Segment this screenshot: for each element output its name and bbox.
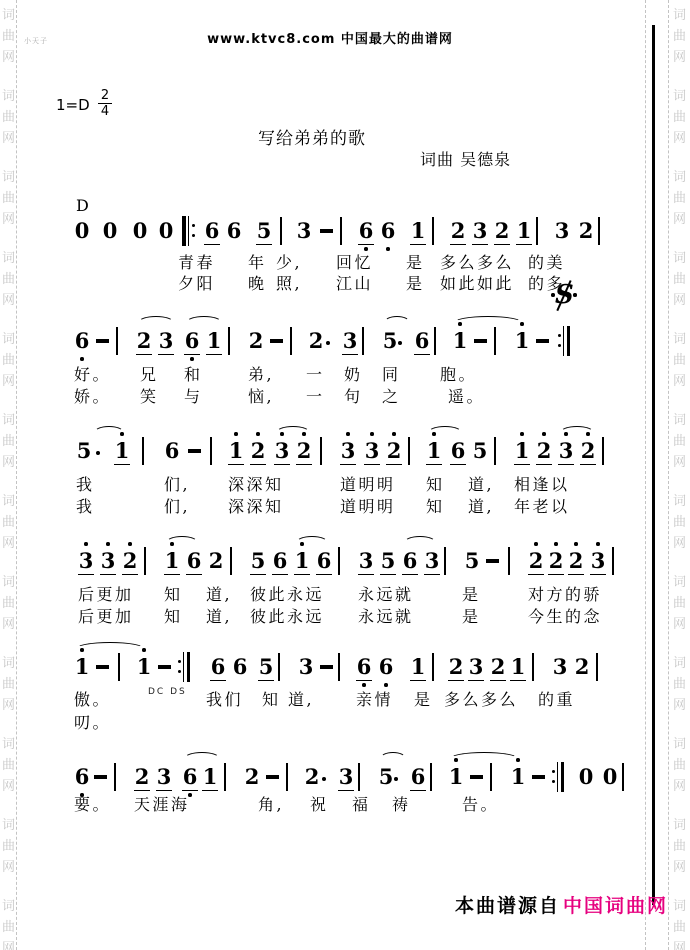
lyric-text: 后更加 xyxy=(78,582,134,605)
lyric-text: 青春 xyxy=(178,250,215,273)
barline xyxy=(338,547,340,575)
barline xyxy=(114,763,116,791)
repeat-end-dot xyxy=(552,780,555,783)
barline xyxy=(434,327,436,355)
lyric-text: 是 xyxy=(406,271,425,294)
duration-dash xyxy=(470,775,483,779)
key-signature: 1=D xyxy=(56,96,90,114)
note-digit: 2 xyxy=(304,764,320,789)
barline xyxy=(230,547,232,575)
octave-dot-above xyxy=(256,432,260,436)
lyric-text: 彼此永远 xyxy=(250,604,324,627)
note-digit: 6 xyxy=(164,438,180,463)
lyric-text: 告。 xyxy=(462,792,499,815)
lyric-text: 相逢以 xyxy=(514,472,570,495)
lyric-text: 年老以 xyxy=(514,494,570,517)
note-digit: 3 xyxy=(298,654,314,679)
side-watermark-char: 曲 xyxy=(1,430,16,449)
augmentation-dot xyxy=(326,341,330,345)
note-digit: 2 xyxy=(568,548,584,575)
repeat-end-thin xyxy=(183,652,184,682)
side-watermark-char: 曲 xyxy=(672,673,687,692)
note-digit: 1 xyxy=(410,218,426,245)
time-signature-denominator: 4 xyxy=(98,104,112,119)
octave-dot-above xyxy=(346,432,350,436)
note-digit: 1 xyxy=(452,328,468,353)
side-watermark-char: 词 xyxy=(672,247,687,266)
octave-dot-above xyxy=(106,542,110,546)
rest-note: 0 xyxy=(578,764,594,789)
lyric-text: 奶 xyxy=(344,362,363,385)
side-watermark-char: 词 xyxy=(672,166,687,185)
side-watermark-char: 词 xyxy=(1,895,16,914)
lyric-text: 是 xyxy=(462,604,481,627)
lyric-text: 笑 xyxy=(140,384,159,407)
slur-arc xyxy=(296,536,328,549)
barline xyxy=(494,437,496,465)
octave-dot-above xyxy=(84,542,88,546)
right-inner-dashed-border xyxy=(645,0,646,950)
note-digit: 6 xyxy=(232,654,248,679)
note-digit: 1 xyxy=(294,548,310,575)
right-dashed-border xyxy=(668,0,669,950)
barline xyxy=(494,327,496,355)
note-digit: 3 xyxy=(364,438,380,465)
rest-note: 0 xyxy=(102,218,118,243)
side-watermark-char: 词 xyxy=(1,166,16,185)
repeat-end-thick xyxy=(187,652,191,682)
barline xyxy=(358,763,360,791)
slur-arc xyxy=(166,536,198,549)
repeat-begin-thin xyxy=(188,216,189,246)
note-digit: 2 xyxy=(548,548,564,575)
lyric-text: 句 xyxy=(344,384,363,407)
lyric-text: 娇。 xyxy=(74,384,111,407)
octave-dot-below xyxy=(190,357,194,361)
lyric-text: 后更加 xyxy=(78,604,134,627)
note-digit: 5 xyxy=(464,548,480,573)
note-digit: 2 xyxy=(528,548,544,575)
augmentation-dot xyxy=(322,777,326,781)
lyric-text: 弟, xyxy=(248,362,274,385)
side-watermark-char: 词 xyxy=(672,895,687,914)
lyric-text: 道, xyxy=(468,494,494,517)
left-dashed-border xyxy=(16,0,17,950)
note-digit: 3 xyxy=(554,218,570,243)
note-digit: 2 xyxy=(244,764,260,789)
note-digit: 6 xyxy=(356,654,372,681)
slur-arc xyxy=(404,536,436,549)
duration-dash xyxy=(158,665,171,669)
note-digit: 1 xyxy=(514,438,530,465)
note-digit: 5 xyxy=(76,438,92,463)
side-watermark-char: 词 xyxy=(672,733,687,752)
side-watermark-char: 曲 xyxy=(672,268,687,287)
note-digit: 6 xyxy=(204,218,220,245)
barline xyxy=(432,653,434,681)
barline xyxy=(280,217,282,245)
barline xyxy=(224,763,226,791)
repeat-end-dot xyxy=(552,770,555,773)
barline xyxy=(142,437,144,465)
barline xyxy=(278,653,280,681)
slur-arc xyxy=(450,752,518,765)
duration-dash xyxy=(270,339,283,343)
side-watermark-char: 词 xyxy=(672,571,687,590)
side-watermark-char: 网 xyxy=(1,856,16,875)
lyric-text: 道, xyxy=(288,687,314,710)
note-digit: 5 xyxy=(258,654,274,681)
note-digit: 5 xyxy=(256,218,272,245)
side-watermark-char: 词 xyxy=(672,85,687,104)
side-watermark-char: 网 xyxy=(672,532,687,551)
note-digit: 6 xyxy=(74,328,90,353)
rest-note: 0 xyxy=(158,218,174,243)
octave-dot-above xyxy=(542,432,546,436)
lyric-text: 的重 xyxy=(538,687,575,710)
side-watermark-char: 曲 xyxy=(672,25,687,44)
note-digit: 2 xyxy=(136,328,152,355)
note-digit: 1 xyxy=(514,328,530,353)
slur-arc xyxy=(454,316,522,329)
note-digit: 3 xyxy=(156,764,172,791)
note-digit: 3 xyxy=(274,438,290,465)
side-watermark-char: 曲 xyxy=(1,592,16,611)
repeat-end-dot xyxy=(558,334,561,337)
side-watermark-char: 网 xyxy=(1,694,16,713)
time-signature-numerator: 2 xyxy=(98,88,112,104)
note-digit: 3 xyxy=(472,218,488,245)
side-watermark-char: 曲 xyxy=(672,187,687,206)
side-watermark-char: 曲 xyxy=(1,754,16,773)
side-watermark-char: 词 xyxy=(672,409,687,428)
note-digit: 2 xyxy=(208,548,224,573)
repeat-end-dot xyxy=(178,660,181,663)
note-digit: 1 xyxy=(426,438,442,465)
note-digit: 1 xyxy=(228,438,244,465)
side-watermark-char: 曲 xyxy=(1,268,16,287)
side-watermark-char: 曲 xyxy=(672,349,687,368)
side-watermark-char: 网 xyxy=(672,775,687,794)
side-watermark-char: 网 xyxy=(672,289,687,308)
slur-arc xyxy=(94,426,124,439)
rest-note: 0 xyxy=(132,218,148,243)
side-watermark-char: 曲 xyxy=(1,187,16,206)
note-digit: 2 xyxy=(134,764,150,791)
side-watermark-char: 词 xyxy=(672,4,687,23)
note-digit: 1 xyxy=(136,654,152,679)
barline xyxy=(490,763,492,791)
note-digit: 3 xyxy=(78,548,94,575)
barline xyxy=(320,437,322,465)
lyric-text: 遥。 xyxy=(448,384,485,407)
duration-dash xyxy=(536,339,549,343)
note-digit: 6 xyxy=(358,218,374,245)
barline xyxy=(118,653,120,681)
lyric-text: 对方的骄 xyxy=(528,582,602,605)
octave-dot-above xyxy=(534,542,538,546)
slur-arc xyxy=(560,426,594,439)
right-solid-rule xyxy=(652,25,655,905)
side-watermark-char: 曲 xyxy=(1,835,16,854)
side-watermark-char: 词 xyxy=(1,328,16,347)
side-watermark-char: 曲 xyxy=(672,106,687,125)
side-watermark-char: 曲 xyxy=(1,106,16,125)
lyric-text: 我 xyxy=(76,472,95,495)
octave-dot-above xyxy=(234,432,238,436)
side-watermark-char: 曲 xyxy=(1,349,16,368)
lyric-text: 和 xyxy=(184,362,203,385)
barline xyxy=(144,547,146,575)
note-digit: 3 xyxy=(340,438,356,465)
lyric-text: 是 xyxy=(406,250,425,273)
lyric-text: 道明明 xyxy=(340,472,396,495)
note-digit: 6 xyxy=(74,764,90,789)
side-watermark-char: 词 xyxy=(672,328,687,347)
side-watermark-char: 词 xyxy=(1,814,16,833)
note-digit: 5 xyxy=(250,548,266,575)
composer-credit: 词曲 吴德泉 xyxy=(420,147,511,170)
duration-dash xyxy=(532,775,545,779)
lyric-text: 祷 xyxy=(392,792,411,815)
repeat-begin-dot xyxy=(192,234,195,237)
repeat-begin-dot xyxy=(192,224,195,227)
duration-dash xyxy=(474,339,487,343)
lyric-text: 好。 xyxy=(74,362,111,385)
note-digit: 6 xyxy=(410,764,426,791)
side-watermark-char: 网 xyxy=(1,613,16,632)
side-watermark-char: 网 xyxy=(672,856,687,875)
side-watermark-char: 网 xyxy=(1,127,16,146)
duration-dash xyxy=(94,775,107,779)
side-watermark-char: 网 xyxy=(672,127,687,146)
note-digit: 1 xyxy=(510,654,526,681)
lyric-text: 我们 xyxy=(206,687,243,710)
note-digit: 6 xyxy=(450,438,466,465)
note-digit: 2 xyxy=(580,438,596,465)
note-digit: 5 xyxy=(378,764,394,789)
side-watermark-char: 网 xyxy=(1,370,16,389)
side-watermark-char: 词 xyxy=(1,247,16,266)
augmentation-dot xyxy=(398,341,402,345)
side-watermark-char: 曲 xyxy=(672,511,687,530)
note-digit: 2 xyxy=(536,438,552,465)
note-digit: 2 xyxy=(308,328,324,353)
lyric-text: 们, xyxy=(164,494,190,517)
note-digit: 1 xyxy=(164,548,180,575)
side-watermark-char: 网 xyxy=(1,451,16,470)
augmentation-dot xyxy=(394,777,398,781)
barline xyxy=(536,217,538,245)
note-digit: 3 xyxy=(338,764,354,791)
note-digit: 6 xyxy=(378,654,394,679)
note-digit: 1 xyxy=(448,764,464,789)
barline xyxy=(340,217,342,245)
repeat-end-thin xyxy=(557,762,558,792)
barline xyxy=(596,653,598,681)
note-digit: 6 xyxy=(316,548,332,575)
octave-dot-above xyxy=(574,542,578,546)
slur-arc xyxy=(186,316,222,329)
side-watermark-char: 曲 xyxy=(1,673,16,692)
side-watermark-char: 网 xyxy=(1,208,16,227)
lyric-text: 同 xyxy=(382,362,401,385)
note-digit: 3 xyxy=(552,654,568,679)
lyric-text: 我 xyxy=(76,494,95,517)
note-digit: 3 xyxy=(158,328,174,355)
lyric-text: 叨。 xyxy=(74,710,111,733)
side-watermark-char: 网 xyxy=(1,532,16,551)
lyric-text: 彼此永远 xyxy=(250,582,324,605)
barline xyxy=(228,327,230,355)
note-digit: 2 xyxy=(578,218,594,243)
note-digit: 3 xyxy=(590,548,606,575)
lyric-text: 多么多么 xyxy=(444,687,518,710)
lyric-text: 年 xyxy=(248,250,267,273)
note-digit: 2 xyxy=(296,438,312,465)
lyric-text: 福 xyxy=(352,792,371,815)
side-watermark-char: 词 xyxy=(1,85,16,104)
note-digit: 1 xyxy=(114,438,130,465)
lyric-text: 要。 xyxy=(74,792,111,815)
lyric-text: 道, xyxy=(206,604,232,627)
lyric-text: 今生的念 xyxy=(528,604,602,627)
barline xyxy=(432,217,434,245)
repeat-end-thin xyxy=(563,326,564,356)
barline xyxy=(408,437,410,465)
barline xyxy=(430,763,432,791)
note-digit: 3 xyxy=(424,548,440,575)
lyric-text: 胞。 xyxy=(440,362,477,385)
repeat-end-thick xyxy=(567,326,571,356)
lyric-text: 道明明 xyxy=(340,494,396,517)
duration-dash xyxy=(320,665,333,669)
octave-dot-above xyxy=(370,432,374,436)
note-digit: 1 xyxy=(206,328,222,355)
note-digit: 1 xyxy=(202,764,218,791)
repeat-end-dot xyxy=(178,670,181,673)
repeat-begin-thick xyxy=(182,216,186,246)
note-digit: 6 xyxy=(182,764,198,791)
lyric-text: 角, xyxy=(258,792,284,815)
side-watermark-char: 网 xyxy=(1,46,16,65)
barline xyxy=(116,327,118,355)
side-watermark-char: 曲 xyxy=(1,916,16,935)
side-watermark-char: 网 xyxy=(672,208,687,227)
side-watermark-char: 词 xyxy=(1,652,16,671)
chord-label: D xyxy=(76,196,89,215)
slur-arc xyxy=(184,752,220,765)
octave-dot-below xyxy=(362,683,366,687)
note-digit: 6 xyxy=(186,548,202,575)
note-digit: 2 xyxy=(250,438,266,465)
note-digit: 6 xyxy=(414,328,430,355)
lyric-text: 道, xyxy=(468,472,494,495)
note-digit: 2 xyxy=(574,654,590,679)
lyric-text: 是 xyxy=(462,582,481,605)
lyric-text: 亲情 xyxy=(356,687,393,710)
lyric-text: 一 xyxy=(306,384,325,407)
note-digit: 6 xyxy=(226,218,242,243)
barline xyxy=(362,327,364,355)
slur-arc xyxy=(76,642,144,655)
note-digit: 3 xyxy=(468,654,484,681)
lyric-text: 天涯海 xyxy=(134,792,190,815)
note-digit: 2 xyxy=(448,654,464,681)
duration-dash xyxy=(96,665,109,669)
lyric-text: 兄 xyxy=(140,362,159,385)
note-digit: 3 xyxy=(358,548,374,575)
lyric-text: 们, xyxy=(164,472,190,495)
side-watermark-char: 词 xyxy=(672,652,687,671)
sheet-music-page: 词曲网词曲网词曲网词曲网词曲网词曲网词曲网词曲网词曲网词曲网词曲网词曲网 词曲网… xyxy=(0,0,690,950)
octave-dot-above xyxy=(520,432,524,436)
note-digit: 3 xyxy=(296,218,312,243)
octave-dot-below xyxy=(384,683,388,687)
side-watermark-char: 网 xyxy=(1,289,16,308)
side-watermark-char: 曲 xyxy=(672,430,687,449)
lyric-text: 照, xyxy=(276,271,302,294)
barline xyxy=(290,327,292,355)
duration-dash xyxy=(320,229,333,233)
side-watermark-char: 网 xyxy=(672,613,687,632)
note-digit: 1 xyxy=(510,764,526,789)
lyric-text: 知 xyxy=(426,472,445,495)
lyric-text: 回忆 xyxy=(336,250,373,273)
lyric-text: 晚 xyxy=(248,271,267,294)
note-digit: 2 xyxy=(490,654,506,681)
lyric-text: 傲。 xyxy=(74,687,111,710)
lyric-text: 知 xyxy=(262,687,281,710)
rest-note: 0 xyxy=(74,218,90,243)
side-watermark-char: 网 xyxy=(1,937,16,950)
song-title: 写给弟弟的歌 xyxy=(258,124,366,149)
dc-ds-marking: DC DS xyxy=(148,687,187,697)
note-digit: 5 xyxy=(382,328,398,353)
side-watermark-char: 词 xyxy=(1,733,16,752)
side-watermark-char: 曲 xyxy=(672,916,687,935)
slur-arc xyxy=(384,316,410,329)
rest-note: 0 xyxy=(602,764,618,789)
site-header: www.ktvc8.com 中国最大的曲谱网 xyxy=(0,28,660,47)
barline xyxy=(338,653,340,681)
side-watermark-char: 网 xyxy=(672,46,687,65)
side-watermark-char: 词 xyxy=(1,571,16,590)
note-digit: 3 xyxy=(558,438,574,465)
lyric-text: 深深知 xyxy=(228,494,284,517)
barline xyxy=(622,763,624,791)
note-digit: 1 xyxy=(74,654,90,679)
octave-dot-below xyxy=(80,357,84,361)
octave-dot-below xyxy=(386,247,390,251)
side-watermark-char: 曲 xyxy=(1,511,16,530)
lyric-text: 与 xyxy=(184,384,203,407)
side-watermark-char: 网 xyxy=(672,370,687,389)
note-digit: 2 xyxy=(386,438,402,465)
tiny-watermark: 小天子 xyxy=(24,36,48,46)
side-watermark-char: 词 xyxy=(672,814,687,833)
slur-arc xyxy=(138,316,174,329)
side-watermark-char: 词 xyxy=(1,4,16,23)
lyric-text: 一 xyxy=(306,362,325,385)
lyric-text: 永远就 xyxy=(358,604,414,627)
footer-site-name[interactable]: 中国词曲网 xyxy=(563,891,668,918)
note-digit: 6 xyxy=(402,548,418,575)
octave-dot-above xyxy=(392,432,396,436)
lyric-text: 知 xyxy=(164,604,183,627)
side-watermark-char: 网 xyxy=(1,775,16,794)
repeat-end-dot xyxy=(558,344,561,347)
